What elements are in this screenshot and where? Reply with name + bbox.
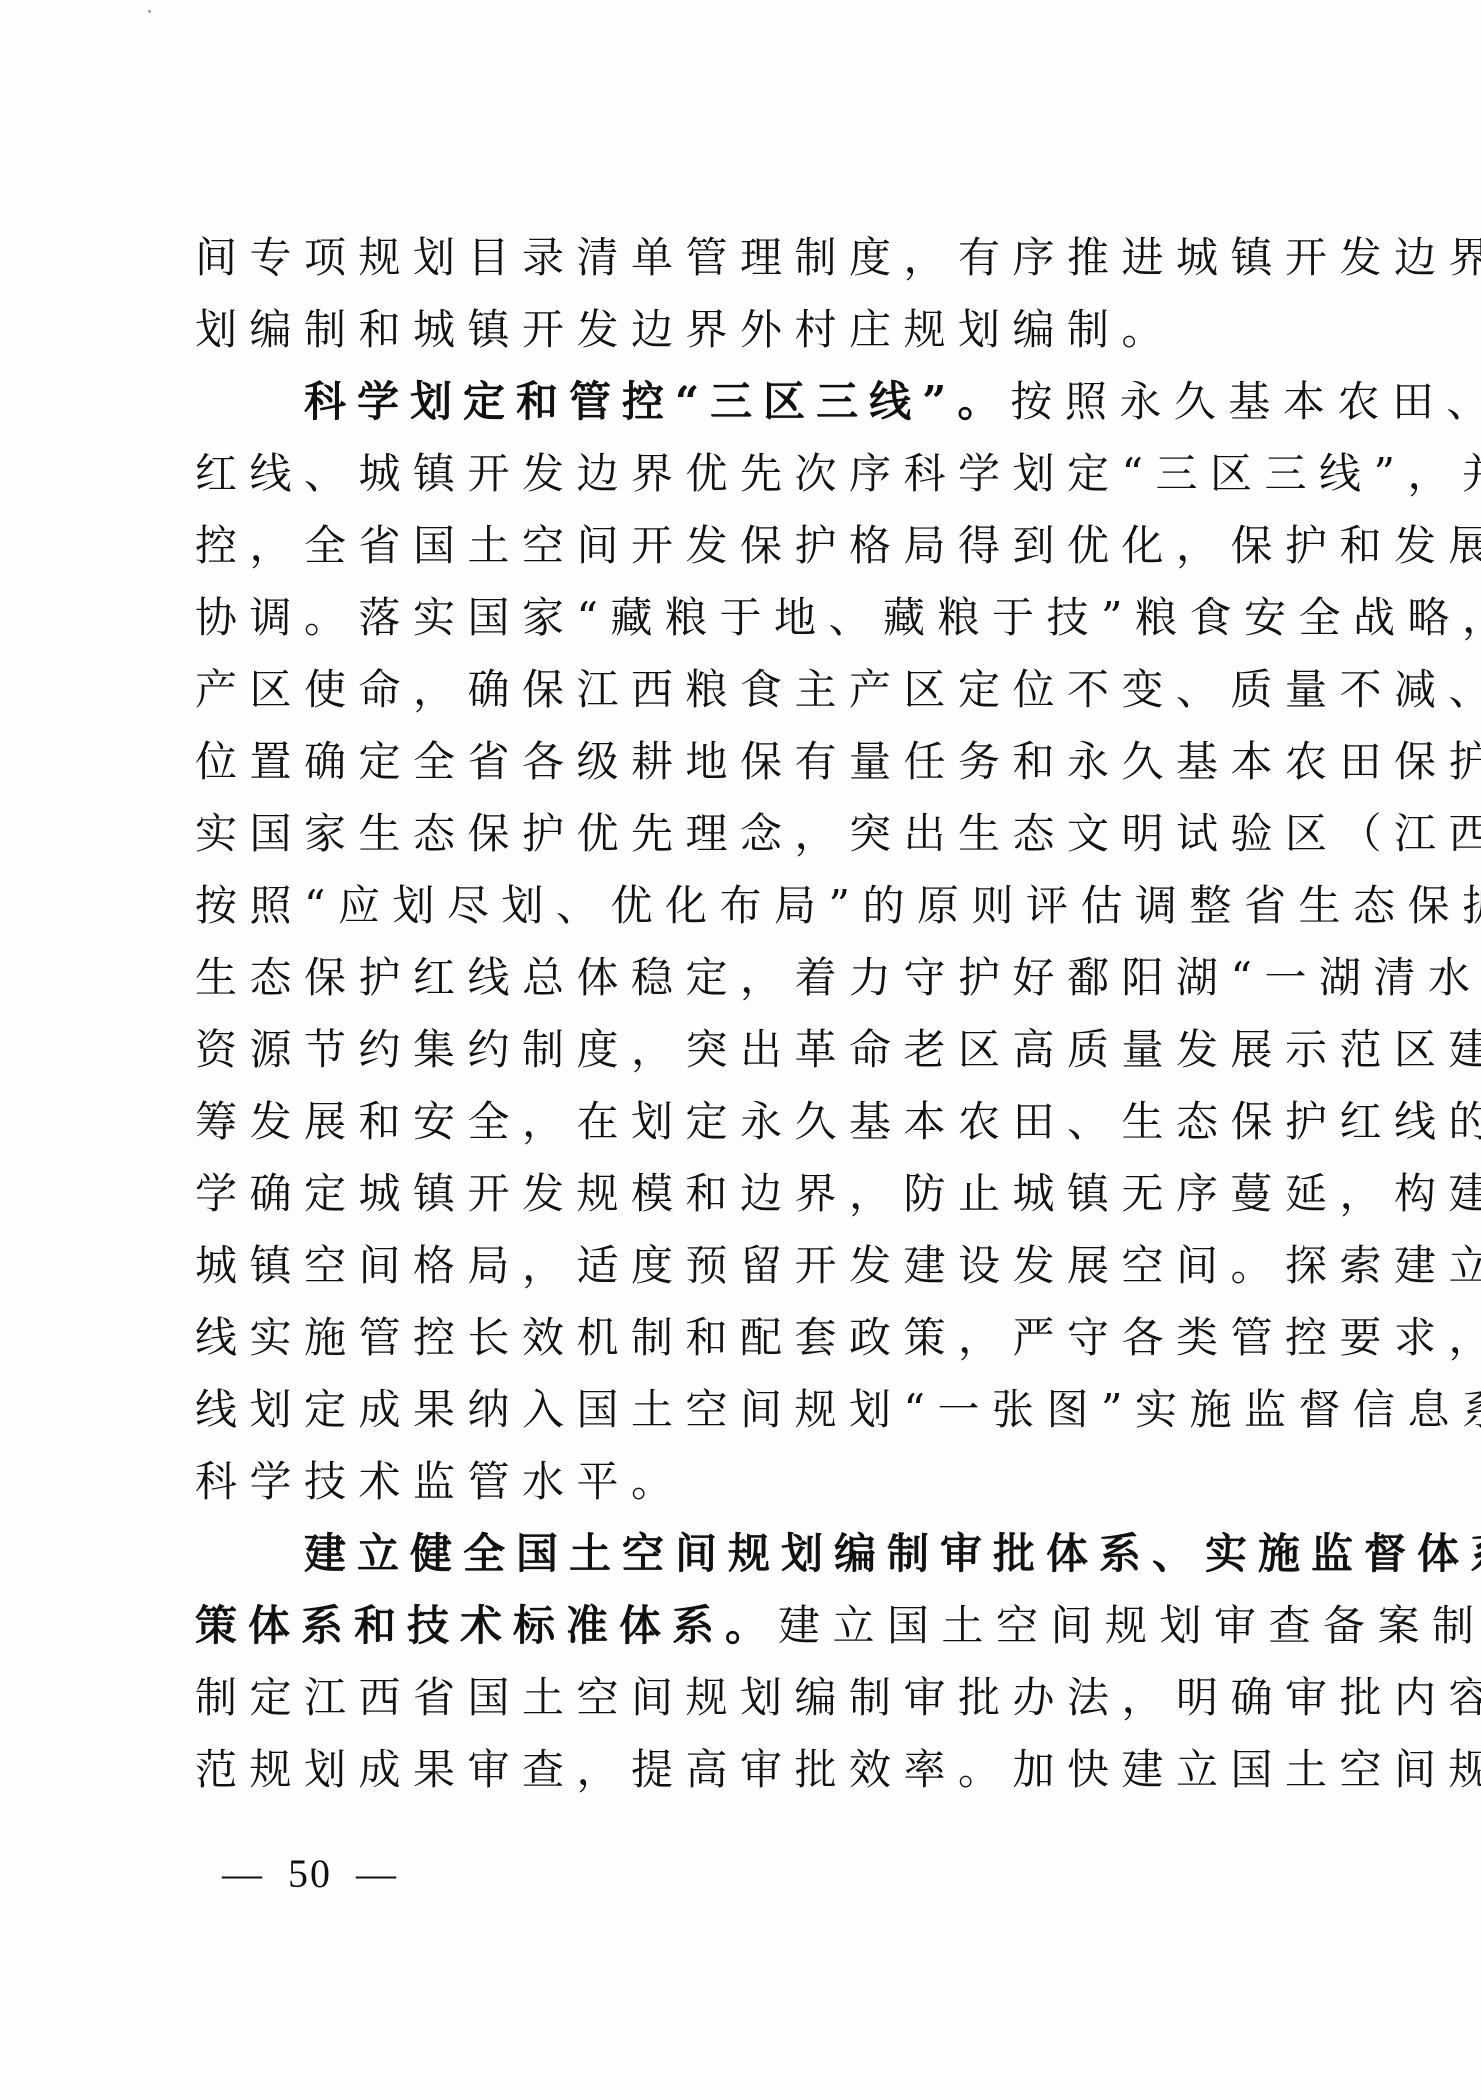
text-fragment: 按照永久基本农田、生态保护	[1010, 377, 1481, 426]
text-line: 资源节约集约制度，突出革命老区高质量发展示范区建设使命，统	[195, 1014, 1340, 1086]
paragraph-heading: 建立健全国土空间规划编制审批体系、实施监督体系、法规政	[304, 1529, 1481, 1578]
body-text: 间专项规划目录清单管理制度，有序推进城镇开发边界内详细规 划编制和城镇开发边界外…	[195, 222, 1340, 1806]
text-line: 实国家生态保护优先理念，突出生态文明试验区（江西）建设使命，	[195, 798, 1340, 870]
paragraph-planning-systems: 建立健全国土空间规划编制审批体系、实施监督体系、法规政 策体系和技术标准体系。建…	[195, 1518, 1340, 1806]
text-line: 学确定城镇开发规模和边界，防止城镇无序蔓延，构建集约高效的	[195, 1158, 1340, 1230]
text-line: 协调。落实国家“藏粮于地、藏粮于技”粮食安全战略，突出粮食主	[195, 582, 1340, 654]
text-line: 位置确定全省各级耕地保有量任务和永久基本农田保护面积；落	[195, 726, 1340, 798]
text-line: 策体系和技术标准体系。建立国土空间规划审查备案制度，研究	[195, 1590, 1340, 1662]
text-line: 科学技术监管水平。	[195, 1446, 1340, 1518]
scan-artifact	[148, 10, 151, 13]
text-line: 控，全省国土空间开发保护格局得到优化，保护和发展的关系更加	[195, 510, 1340, 582]
page-number-footer: — 50 —	[222, 1850, 398, 1897]
text-line: 产区使命，确保江西粮食主产区定位不变、质量不减、地位不降，带	[195, 654, 1340, 726]
text-line: 线实施管控长效机制和配套政策，严守各类管控要求，将三条控制	[195, 1302, 1340, 1374]
paragraph-three-zones-three-lines: 科学划定和管控“三区三线”。按照永久基本农田、生态保护 红线、城镇开发边界优先次…	[195, 366, 1340, 1518]
text-line: 筹发展和安全，在划定永久基本农田、生态保护红线的基础上，科	[195, 1086, 1340, 1158]
text-line-first: 建立健全国土空间规划编制审批体系、实施监督体系、法规政	[195, 1518, 1340, 1590]
paragraph-continuation: 间专项规划目录清单管理制度，有序推进城镇开发边界内详细规 划编制和城镇开发边界外…	[195, 222, 1340, 366]
document-page: 间专项规划目录清单管理制度，有序推进城镇开发边界内详细规 划编制和城镇开发边界外…	[0, 0, 1481, 2100]
text-line: 划编制和城镇开发边界外村庄规划编制。	[195, 294, 1340, 366]
text-line: 按照“应划尽划、优化布局”的原则评估调整省生态保护红线，维持	[195, 870, 1340, 942]
text-line: 生态保护红线总体稳定，着力守护好鄱阳湖“一湖清水”；落实国家	[195, 942, 1340, 1014]
text-line: 范规划成果审查，提高审批效率。加快建立国土空间规划实施监	[195, 1734, 1340, 1806]
paragraph-heading: 科学划定和管控“三区三线”。	[304, 377, 1010, 426]
text-line: 线划定成果纳入国土空间规划“一张图”实施监督信息系统，强化	[195, 1374, 1340, 1446]
text-line: 制定江西省国土空间规划编制审批办法，明确审批内容和程序，规	[195, 1662, 1340, 1734]
text-line-first: 科学划定和管控“三区三线”。按照永久基本农田、生态保护	[195, 366, 1340, 438]
paragraph-heading-continued: 策体系和技术标准体系。	[195, 1601, 778, 1650]
text-line: 城镇空间格局，适度预留开发建设发展空间。探索建立三条控制	[195, 1230, 1340, 1302]
text-line: 红线、城镇开发边界优先次序科学划定“三区三线”，并实行严格管	[195, 438, 1340, 510]
text-line: 间专项规划目录清单管理制度，有序推进城镇开发边界内详细规	[195, 222, 1340, 294]
text-fragment: 建立国土空间规划审查备案制度，研究	[778, 1601, 1481, 1650]
